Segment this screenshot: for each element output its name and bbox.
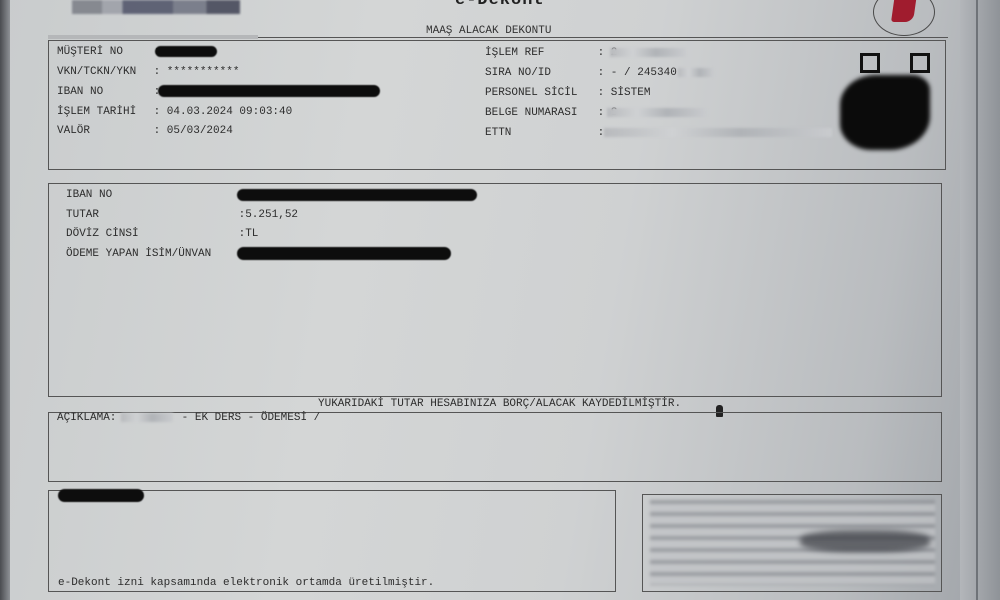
ettn-row: ETTN : — [485, 127, 604, 139]
personel-sicil-row: PERSONEL SİCİL : SİSTEM — [485, 87, 650, 99]
musteri-no-label: MÜŞTERİ NO — [57, 46, 147, 58]
credit-notice: YUKARIDAKİ TUTAR HESABINIZA BORÇ/ALACAK … — [318, 398, 681, 410]
qr-redaction — [840, 75, 930, 150]
islem-tarihi-row: İŞLEM TARİHİ : 04.03.2024 09:03:40 — [57, 106, 292, 118]
ettn-label: ETTN — [485, 127, 591, 139]
redacted-payment-iban — [237, 189, 477, 201]
belge-no-label: BELGE NUMARASI — [485, 107, 591, 119]
iban-label: IBAN NO — [57, 86, 147, 98]
redacted-iban — [158, 85, 380, 97]
description-row: AÇIKLAMA: - EK DERS - ÖDEMESİ / — [57, 412, 320, 424]
personel-sicil-value: : SİSTEM — [598, 87, 651, 99]
paper-edge-line — [976, 0, 978, 600]
musteri-no-row: MÜŞTERİ NO : — [57, 46, 160, 58]
valor-row: VALÖR : 05/03/2024 — [57, 125, 233, 137]
vkn-row: VKN/TCKN/YKN : *********** — [57, 66, 239, 78]
odeme-yapan-label: ÖDEME YAPAN İSİM/ÜNVAN — [66, 248, 232, 260]
tutar-row: TUTAR :5.251,52 — [66, 209, 298, 221]
redacted-footer-name — [58, 489, 144, 502]
islem-tarihi-value: : 04.03.2024 09:03:40 — [154, 106, 293, 118]
redacted-belge-no — [607, 108, 707, 117]
footer-generated-text: e-Dekont izni kapsamında elektronik orta… — [58, 577, 434, 589]
valor-value: : 05/03/2024 — [154, 125, 233, 137]
redacted-sira-no — [678, 68, 714, 77]
odeme-yapan-row: ÖDEME YAPAN İSİM/ÜNVAN : — [66, 248, 245, 260]
document-subtitle: MAAŞ ALACAK DEKONTU — [426, 25, 551, 37]
doviz-label: DÖVİZ CİNSİ — [66, 228, 232, 240]
redacted-musteri-no — [155, 46, 217, 57]
sira-no-value: : - / 245340 — [598, 67, 677, 79]
redacted-islem-ref — [610, 48, 686, 57]
islem-tarihi-label: İŞLEM TARİHİ — [57, 106, 147, 118]
doviz-row: DÖVİZ CİNSİ :TL — [66, 228, 258, 240]
description-label: AÇIKLAMA: — [57, 412, 116, 424]
belge-no-row: BELGE NUMARASI : S — [485, 107, 617, 119]
photo-edge-right — [960, 0, 1000, 600]
valor-label: VALÖR — [57, 125, 147, 137]
sira-no-row: SIRA NO/ID : - / 245340 — [485, 67, 677, 79]
signature-icon — [800, 530, 930, 552]
iban-row: IBAN NO : — [57, 86, 160, 98]
redacted-ettn — [604, 128, 832, 137]
redacted-payer-name — [237, 247, 451, 260]
tutar-label: TUTAR — [66, 209, 232, 221]
photo-edge-left — [0, 0, 10, 600]
bank-logo-blurred — [72, 0, 240, 14]
islem-ref-label: İŞLEM REF — [485, 47, 591, 59]
description-value: - EK DERS - ÖDEMESİ / — [182, 412, 321, 424]
header-rule — [258, 37, 948, 38]
info-box — [48, 40, 946, 170]
islem-ref-row: İŞLEM REF : 2 — [485, 47, 617, 59]
payment-iban-row: IBAN NO : — [66, 189, 245, 201]
vkn-label: VKN/TCKN/YKN — [57, 66, 147, 78]
header-rule-left — [48, 35, 258, 39]
doviz-value: :TL — [239, 228, 259, 240]
personel-sicil-label: PERSONEL SİCİL — [485, 87, 591, 99]
vkn-value: : *********** — [154, 66, 240, 78]
redacted-description — [121, 413, 173, 422]
tutar-value: :5.251,52 — [239, 209, 298, 221]
document-title: e-Dekont — [455, 0, 545, 10]
payment-iban-label: IBAN NO — [66, 189, 232, 201]
sira-no-label: SIRA NO/ID — [485, 67, 591, 79]
